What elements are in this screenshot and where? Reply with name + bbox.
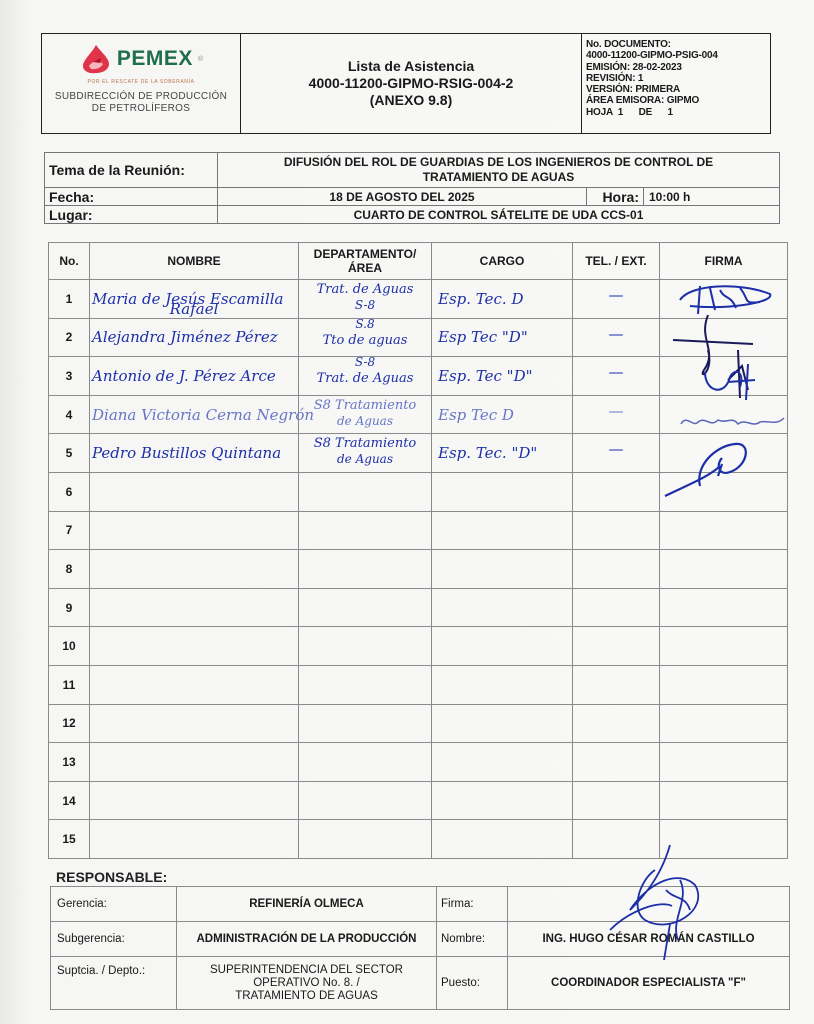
attendee-phone[interactable]: [573, 550, 660, 589]
table-row: 2Alejandra Jiménez PérezTto de aguasS.8E…: [49, 318, 788, 357]
table-row: 15: [49, 820, 788, 859]
row-number: 10: [49, 627, 90, 666]
attendee-signature[interactable]: [660, 627, 788, 666]
department-value: SUPERINTENDENCIA DEL SECTOR OPERATIVO No…: [177, 957, 437, 1010]
submanagement-label: Subgerencia:: [51, 922, 177, 957]
table-row: 11: [49, 665, 788, 704]
attendance-table: No. NOMBRE DEPARTAMENTO/ ÁREA CARGO TEL.…: [48, 242, 788, 859]
meeting-time: 10:00 h: [644, 188, 780, 206]
attendee-phone[interactable]: —: [573, 434, 660, 473]
row-number: 8: [49, 550, 90, 589]
attendee-department[interactable]: Trat. de AguasS-8: [299, 357, 432, 396]
doc-issuing-area: ÁREA EMISORA: GIPMO: [586, 95, 766, 106]
logo-subtitle-line2: DE PETROLÍFEROS: [42, 103, 240, 115]
col-no: No.: [49, 243, 90, 280]
attendee-name[interactable]: [90, 588, 299, 627]
table-row: 3Antonio de J. Pérez ArceTrat. de AguasS…: [49, 357, 788, 396]
attendee-department[interactable]: [299, 472, 432, 511]
doc-page: HOJA 1 DE 1: [586, 107, 766, 118]
responsible-table: Gerencia: REFINERÍA OLMECA Firma: Subger…: [50, 886, 790, 1010]
attendee-department[interactable]: [299, 665, 432, 704]
table-row: 14: [49, 781, 788, 820]
attendee-name[interactable]: [90, 704, 299, 743]
table-row: 13: [49, 743, 788, 782]
attendee-name[interactable]: [90, 820, 299, 859]
col-signature: FIRMA: [660, 243, 788, 280]
row-number: 9: [49, 588, 90, 627]
logo-block: PEMEX ® POR EL RESCATE DE LA SOBERANÍA S…: [42, 34, 241, 134]
doc-number: 4000-11200-GIPMO-PSIG-004: [586, 50, 766, 61]
topic-line1: DIFUSIÓN DEL ROL DE GUARDIAS DE LOS INGE…: [218, 155, 779, 170]
row-number: 4: [49, 395, 90, 434]
attendee-name[interactable]: [90, 472, 299, 511]
meeting-date: 18 DE AGOSTO DEL 2025: [218, 188, 587, 206]
table-row: 7: [49, 511, 788, 550]
attendee-position[interactable]: [432, 550, 573, 589]
attendee-phone[interactable]: [573, 511, 660, 550]
table-row: 1Maria de Jesús EscamillaRafaelTrat. de …: [49, 280, 788, 319]
col-position: CARGO: [432, 243, 573, 280]
attendee-name[interactable]: [90, 781, 299, 820]
attendee-signature[interactable]: [660, 511, 788, 550]
attendee-phone[interactable]: [573, 743, 660, 782]
attendee-position[interactable]: Esp Tec D: [432, 395, 573, 434]
attendee-position[interactable]: Esp Tec "D": [432, 318, 573, 357]
attendee-phone[interactable]: [573, 704, 660, 743]
attendee-position[interactable]: Esp. Tec "D": [432, 357, 573, 396]
row-number: 12: [49, 704, 90, 743]
title-line3: (ANEXO 9.8): [241, 92, 581, 109]
attendee-department[interactable]: [299, 820, 432, 859]
attendee-name[interactable]: Pedro Bustillos Quintana: [90, 434, 299, 473]
row-number: 1: [49, 280, 90, 319]
row-number: 5: [49, 434, 90, 473]
row-number: 2: [49, 318, 90, 357]
row-number: 3: [49, 357, 90, 396]
attendee-department[interactable]: [299, 627, 432, 666]
table-row: 6: [49, 472, 788, 511]
attendee-position[interactable]: [432, 665, 573, 704]
table-row: 5Pedro Bustillos QuintanaS8 Tratamientod…: [49, 434, 788, 473]
attendee-department[interactable]: [299, 781, 432, 820]
attendee-department[interactable]: [299, 588, 432, 627]
pemex-eagle-logo-icon: [79, 44, 113, 74]
document-title: Lista de Asistencia 4000-11200-GIPMO-RSI…: [241, 34, 582, 134]
department-line3: TRATAMIENTO DE AGUAS: [177, 990, 436, 1003]
attendee-department[interactable]: [299, 511, 432, 550]
attendee-name[interactable]: [90, 627, 299, 666]
attendee-signature[interactable]: [660, 704, 788, 743]
attendee-department[interactable]: Trat. de AguasS-8: [299, 280, 432, 319]
attendee-department[interactable]: [299, 743, 432, 782]
attendee-position[interactable]: [432, 704, 573, 743]
attendance-header-row: No. NOMBRE DEPARTAMENTO/ ÁREA CARGO TEL.…: [49, 243, 788, 280]
col-name: NOMBRE: [90, 243, 299, 280]
signature-label: Firma:: [437, 887, 508, 922]
attendee-signature[interactable]: [660, 588, 788, 627]
attendee-signature[interactable]: [660, 357, 788, 396]
responsible-name: ING. HUGO CÉSAR ROMÁN CASTILLO: [508, 922, 790, 957]
attendee-name[interactable]: Maria de Jesús EscamillaRafael: [90, 280, 299, 319]
document-header: PEMEX ® POR EL RESCATE DE LA SOBERANÍA S…: [41, 33, 771, 134]
table-row: 12: [49, 704, 788, 743]
table-row: 4Diana Victoria Cerna NegrónS8 Tratamien…: [49, 395, 788, 434]
department-label: Suptcia. / Depto.:: [51, 957, 177, 1010]
pemex-wordmark: PEMEX: [117, 47, 193, 71]
attendee-department[interactable]: [299, 704, 432, 743]
attendee-name[interactable]: Antonio de J. Pérez Arce: [90, 357, 299, 396]
attendee-position[interactable]: [432, 743, 573, 782]
topic-label: Tema de la Reunión:: [45, 153, 218, 188]
registered-mark-icon: ®: [198, 56, 203, 63]
title-line2: 4000-11200-GIPMO-RSIG-004-2: [241, 75, 581, 92]
management-value: REFINERÍA OLMECA: [177, 887, 437, 922]
department-line1: SUPERINTENDENCIA DEL SECTOR: [177, 964, 436, 977]
meeting-info: Tema de la Reunión: DIFUSIÓN DEL ROL DE …: [44, 152, 780, 224]
attendee-name[interactable]: Diana Victoria Cerna Negrón: [90, 395, 299, 434]
attendee-name[interactable]: [90, 550, 299, 589]
col-phone: TEL. / EXT.: [573, 243, 660, 280]
table-row: 9: [49, 588, 788, 627]
attendee-signature[interactable]: [660, 318, 788, 357]
attendee-department[interactable]: Tto de aguasS.8: [299, 318, 432, 357]
doc-emission: EMISIÓN: 28-02-2023: [586, 62, 766, 73]
department-line2: OPERATIVO No. 8. /: [177, 977, 436, 990]
logo-subtitle-line1: SUBDIRECCIÓN DE PRODUCCIÓN: [42, 91, 240, 103]
attendee-signature[interactable]: [660, 395, 788, 434]
meeting-topic: DIFUSIÓN DEL ROL DE GUARDIAS DE LOS INGE…: [218, 153, 780, 188]
position-label: Puesto:: [437, 957, 508, 1010]
responsible-label: RESPONSABLE:: [56, 869, 167, 885]
attendee-signature[interactable]: [660, 743, 788, 782]
time-label: Hora:: [587, 188, 644, 206]
doc-number-label: No. DOCUMENTO:: [586, 39, 766, 50]
table-row: 10: [49, 627, 788, 666]
attendee-phone[interactable]: [573, 472, 660, 511]
logo-slogan: POR EL RESCATE DE LA SOBERANÍA: [42, 79, 240, 85]
name-label: Nombre:: [437, 922, 508, 957]
attendee-phone[interactable]: [573, 665, 660, 704]
attendee-signature[interactable]: [660, 472, 788, 511]
attendee-position[interactable]: [432, 511, 573, 550]
attendee-signature[interactable]: [660, 820, 788, 859]
attendee-position[interactable]: Esp. Tec. "D": [432, 434, 573, 473]
attendee-position[interactable]: [432, 472, 573, 511]
logo-subtitle: SUBDIRECCIÓN DE PRODUCCIÓN DE PETROLÍFER…: [42, 91, 240, 115]
attendee-department[interactable]: S8 Tratamientode Aguas: [299, 434, 432, 473]
responsible-signature: [508, 887, 790, 922]
row-number: 11: [49, 665, 90, 704]
attendee-position[interactable]: [432, 627, 573, 666]
row-number: 7: [49, 511, 90, 550]
attendee-department[interactable]: [299, 550, 432, 589]
attendee-name[interactable]: [90, 511, 299, 550]
attendee-phone[interactable]: —: [573, 318, 660, 357]
attendee-name[interactable]: [90, 743, 299, 782]
attendee-position[interactable]: [432, 588, 573, 627]
attendee-signature[interactable]: [660, 550, 788, 589]
row-number: 14: [49, 781, 90, 820]
table-row: 8: [49, 550, 788, 589]
topic-line2: TRATAMIENTO DE AGUAS: [218, 170, 779, 185]
attendee-position[interactable]: [432, 820, 573, 859]
row-number: 15: [49, 820, 90, 859]
attendee-phone[interactable]: [573, 820, 660, 859]
document-info: No. DOCUMENTO: 4000-11200-GIPMO-PSIG-004…: [582, 34, 771, 134]
row-number: 13: [49, 743, 90, 782]
attendee-signature[interactable]: [660, 434, 788, 473]
attendee-name[interactable]: Alejandra Jiménez Pérez: [90, 318, 299, 357]
attendee-phone[interactable]: —: [573, 395, 660, 434]
attendee-phone[interactable]: [573, 588, 660, 627]
doc-version: VERSIÓN: PRIMERA: [586, 84, 766, 95]
doc-revision: REVISIÓN: 1: [586, 73, 766, 84]
attendee-department[interactable]: S8 Tratamientode Aguas: [299, 395, 432, 434]
attendee-name[interactable]: [90, 665, 299, 704]
attendee-signature[interactable]: [660, 280, 788, 319]
attendee-position[interactable]: [432, 781, 573, 820]
row-number: 6: [49, 472, 90, 511]
attendee-phone[interactable]: —: [573, 280, 660, 319]
responsible-position: COORDINADOR ESPECIALISTA "F": [508, 957, 790, 1010]
attendee-phone[interactable]: [573, 627, 660, 666]
management-label: Gerencia:: [51, 887, 177, 922]
attendee-phone[interactable]: [573, 781, 660, 820]
meeting-place: CUARTO DE CONTROL SÁTELITE DE UDA CCS-01: [218, 206, 780, 224]
col-department: DEPARTAMENTO/ ÁREA: [299, 243, 432, 280]
attendee-phone[interactable]: —: [573, 357, 660, 396]
attendee-position[interactable]: Esp. Tec. D: [432, 280, 573, 319]
date-label: Fecha:: [45, 188, 218, 206]
place-label: Lugar:: [45, 206, 218, 224]
title-line1: Lista de Asistencia: [241, 58, 581, 75]
attendee-signature[interactable]: [660, 781, 788, 820]
attendee-signature[interactable]: [660, 665, 788, 704]
submanagement-value: ADMINISTRACIÓN DE LA PRODUCCIÓN: [177, 922, 437, 957]
